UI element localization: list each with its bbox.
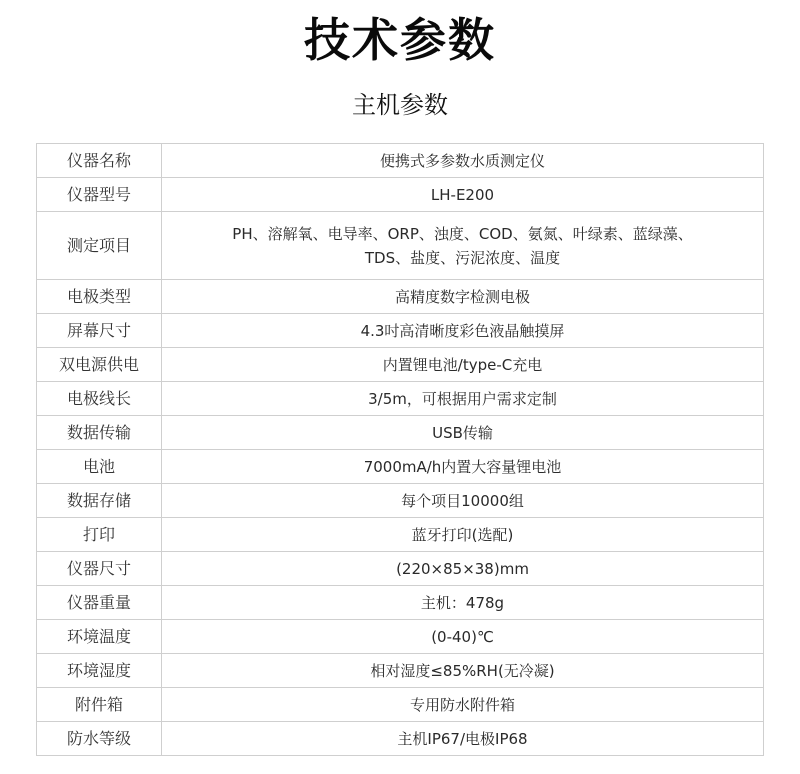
spec-table: 仪器名称 便携式多参数水质测定仪 仪器型号 LH-E200 测定项目 PH、溶解…	[36, 143, 764, 756]
row-value: LH-E200	[162, 178, 764, 212]
table-row: 电极类型 高精度数字检测电极	[37, 280, 764, 314]
table-row: 屏幕尺寸 4.3吋高清晰度彩色液晶触摸屏	[37, 314, 764, 348]
row-label: 数据存储	[37, 484, 162, 518]
row-value: USB传输	[162, 416, 764, 450]
row-label: 环境温度	[37, 620, 162, 654]
row-label: 屏幕尺寸	[37, 314, 162, 348]
row-value: 4.3吋高清晰度彩色液晶触摸屏	[162, 314, 764, 348]
row-value: 专用防水附件箱	[162, 688, 764, 722]
row-label: 仪器名称	[37, 144, 162, 178]
row-label: 电极类型	[37, 280, 162, 314]
table-row: 环境温度 (0-40)℃	[37, 620, 764, 654]
table-row: 仪器重量 主机：478g	[37, 586, 764, 620]
table-row: 数据传输 USB传输	[37, 416, 764, 450]
row-value: 主机：478g	[162, 586, 764, 620]
row-label: 环境湿度	[37, 654, 162, 688]
row-value-line-1: PH、溶解氧、电导率、ORP、浊度、COD、氨氮、叶绿素、蓝绿藻、	[168, 222, 757, 246]
row-label: 防水等级	[37, 722, 162, 756]
table-row: 数据存储 每个项目10000组	[37, 484, 764, 518]
row-label: 测定项目	[37, 212, 162, 280]
row-label: 仪器尺寸	[37, 552, 162, 586]
table-row: 测定项目 PH、溶解氧、电导率、ORP、浊度、COD、氨氮、叶绿素、蓝绿藻、 T…	[37, 212, 764, 280]
section-subtitle: 主机参数	[0, 88, 800, 122]
row-label: 双电源供电	[37, 348, 162, 382]
row-label: 附件箱	[37, 688, 162, 722]
table-row: 电池 7000mA/h内置大容量锂电池	[37, 450, 764, 484]
row-value: 每个项目10000组	[162, 484, 764, 518]
table-row: 仪器名称 便携式多参数水质测定仪	[37, 144, 764, 178]
row-label: 打印	[37, 518, 162, 552]
page-title: 技术参数	[0, 12, 800, 68]
row-value: 3/5m，可根据用户需求定制	[162, 382, 764, 416]
row-value: 7000mA/h内置大容量锂电池	[162, 450, 764, 484]
row-label: 数据传输	[37, 416, 162, 450]
row-value: (0-40)℃	[162, 620, 764, 654]
row-label: 电极线长	[37, 382, 162, 416]
table-row: 仪器尺寸 (220×85×38)mm	[37, 552, 764, 586]
table-row: 双电源供电 内置锂电池/type-C充电	[37, 348, 764, 382]
row-value: 便携式多参数水质测定仪	[162, 144, 764, 178]
row-value: PH、溶解氧、电导率、ORP、浊度、COD、氨氮、叶绿素、蓝绿藻、 TDS、盐度…	[162, 212, 764, 280]
table-row: 环境湿度 相对湿度≤85%RH(无冷凝)	[37, 654, 764, 688]
row-value: 相对湿度≤85%RH(无冷凝)	[162, 654, 764, 688]
table-row: 仪器型号 LH-E200	[37, 178, 764, 212]
table-row: 打印 蓝牙打印(选配)	[37, 518, 764, 552]
row-value: 内置锂电池/type-C充电	[162, 348, 764, 382]
row-label: 仪器型号	[37, 178, 162, 212]
row-label: 仪器重量	[37, 586, 162, 620]
table-row: 防水等级 主机IP67/电极IP68	[37, 722, 764, 756]
row-value: 蓝牙打印(选配)	[162, 518, 764, 552]
row-value-line-2: TDS、盐度、污泥浓度、温度	[168, 246, 757, 270]
table-row: 附件箱 专用防水附件箱	[37, 688, 764, 722]
table-row: 电极线长 3/5m，可根据用户需求定制	[37, 382, 764, 416]
row-value: 高精度数字检测电极	[162, 280, 764, 314]
row-value: (220×85×38)mm	[162, 552, 764, 586]
row-value: 主机IP67/电极IP68	[162, 722, 764, 756]
row-label: 电池	[37, 450, 162, 484]
